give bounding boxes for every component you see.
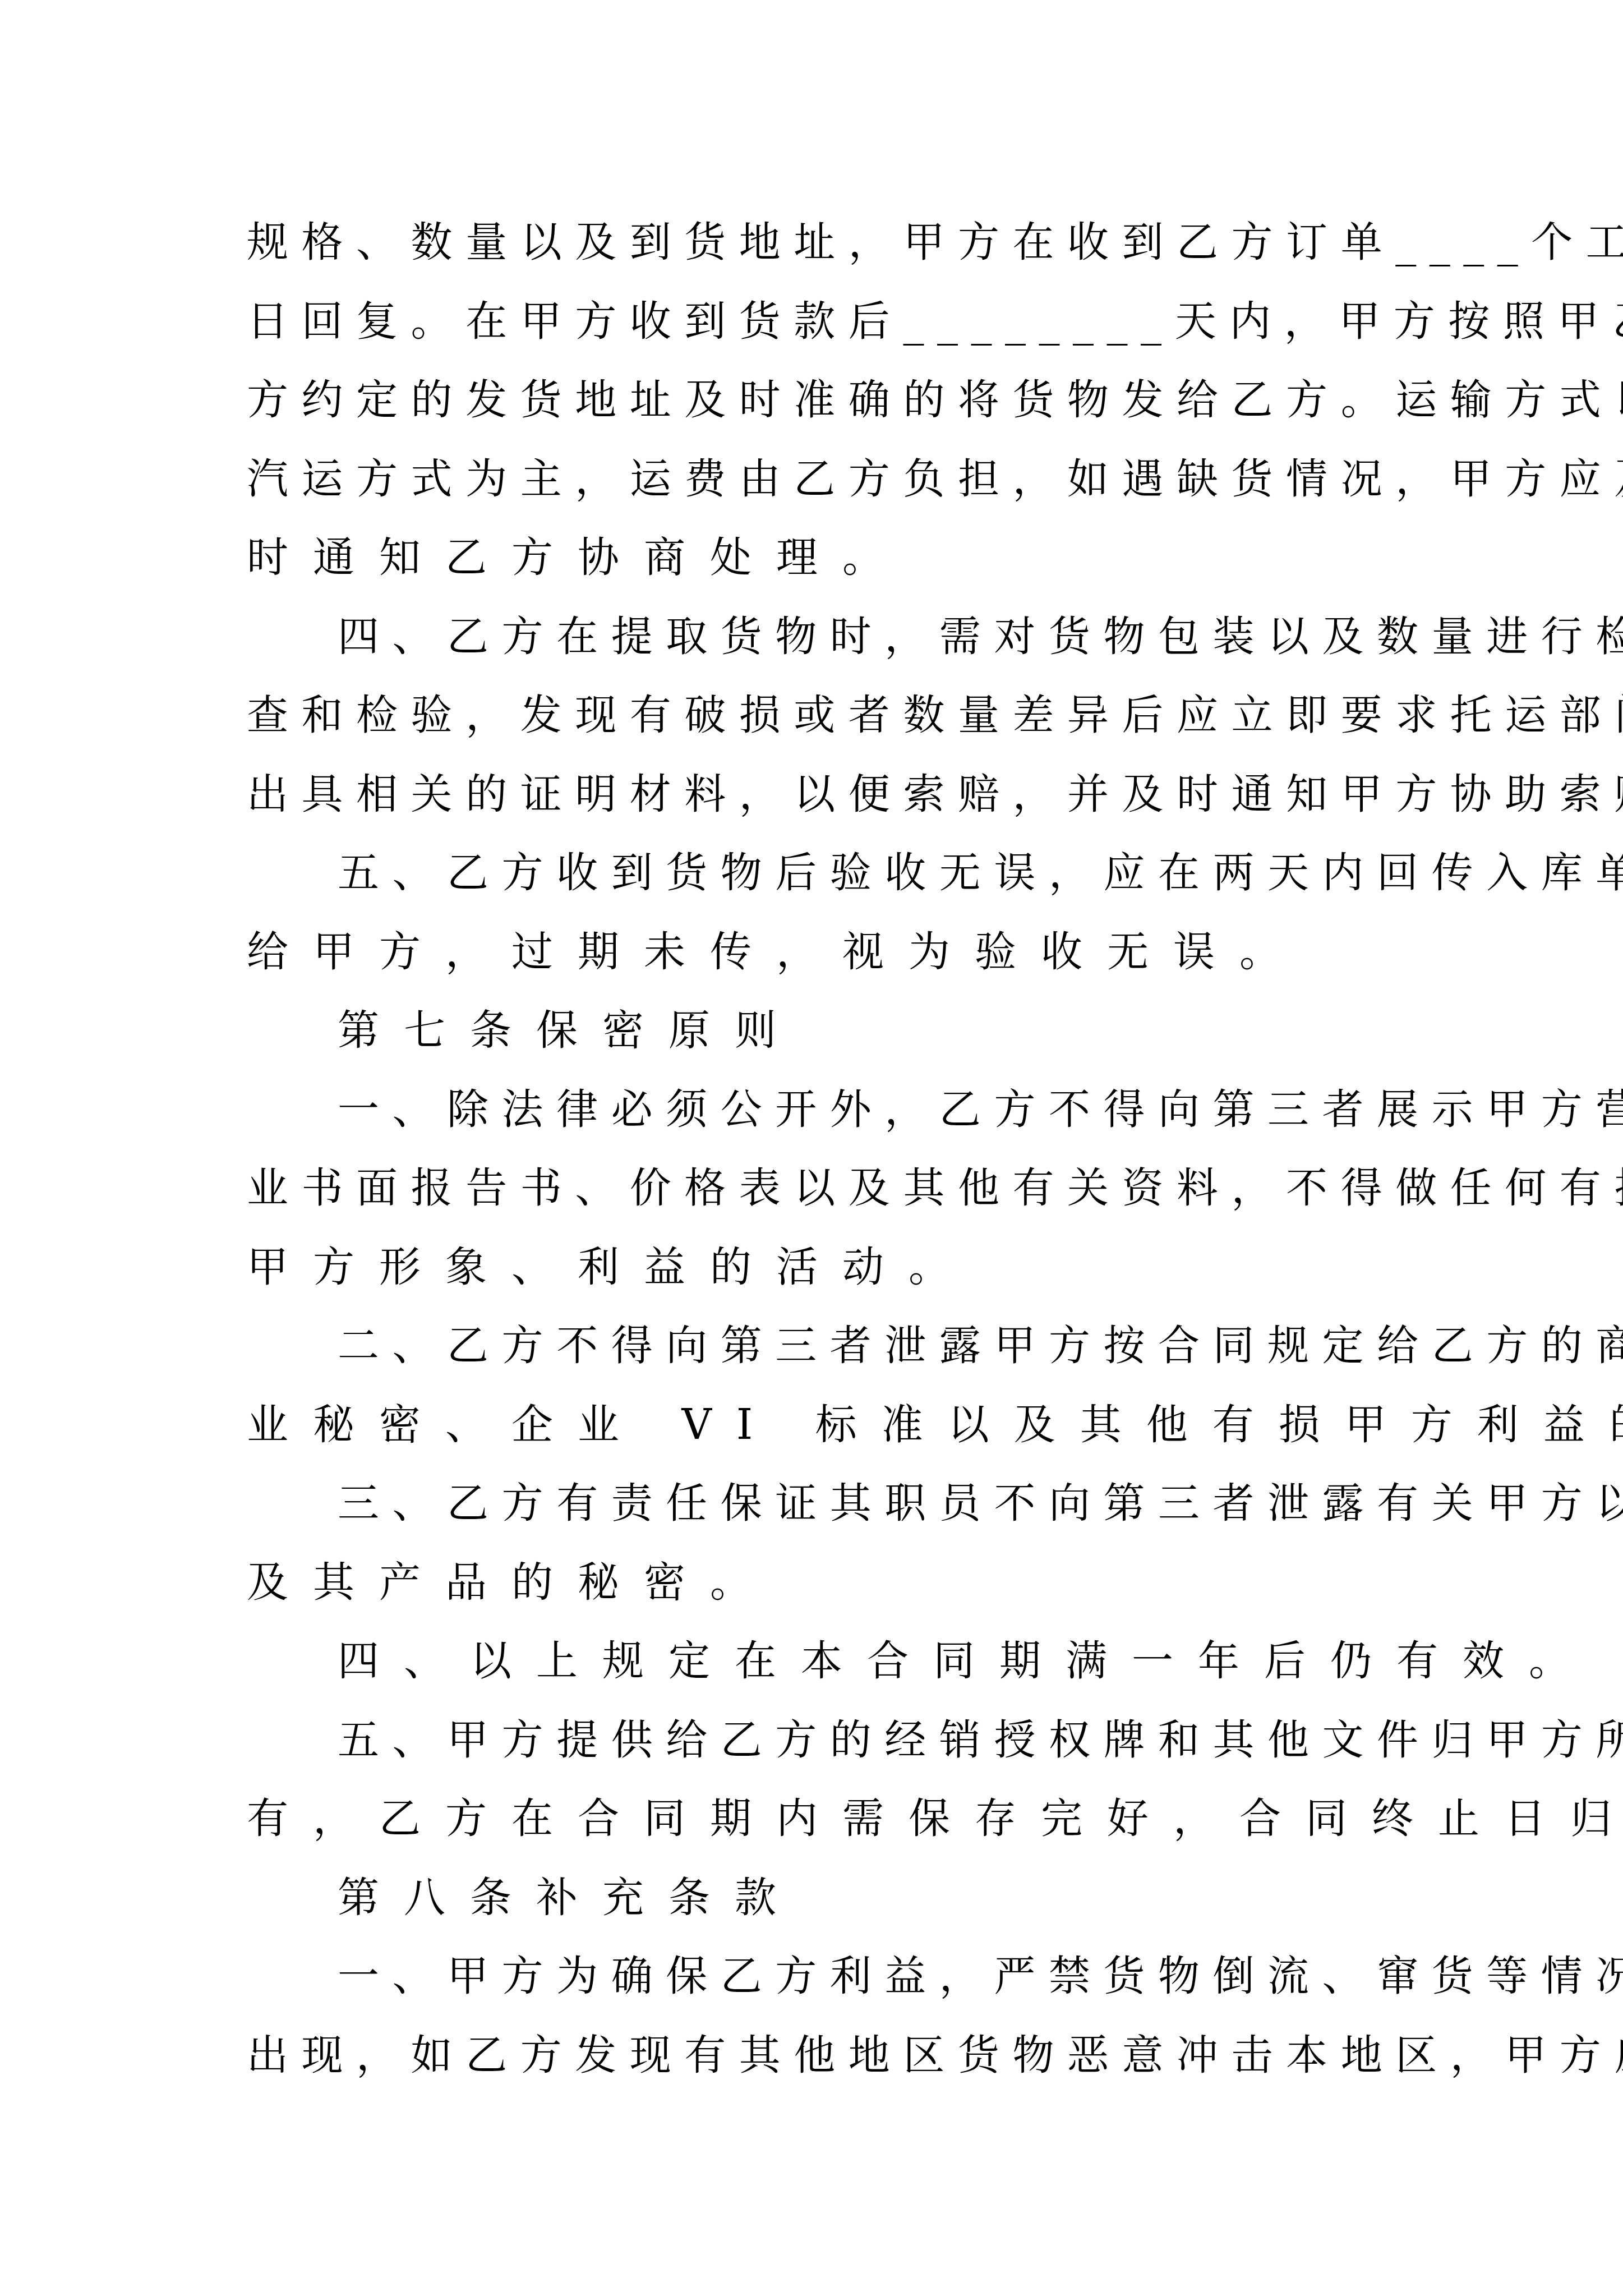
clause-4-line: 出 具 相 关 的 证 明 材 料 ， 以 便 索 赔 ， 并 及 时 通 知 … (247, 755, 1377, 834)
paragraph-line: 汽 运 方 式 为 主 ， 运 费 由 乙 方 负 担 ， 如 遇 缺 货 情 … (247, 440, 1377, 519)
paragraph-line: 日 回 复 。 在 甲 方 收 到 货 款 后 _ _ _ _ _ _ _ _ … (247, 282, 1377, 361)
article-7-clause-5-line: 五 、 甲 方 提 供 给 乙 方 的 经 销 授 权 牌 和 其 他 文 件 … (247, 1701, 1377, 1780)
article-7-clause-1-line: 甲方形象、利益的活动。 (247, 1228, 1377, 1307)
article-8-clause-1-line: 一 、 甲 方 为 确 保 乙 方 利 益 ， 严 禁 货 物 倒 流 、 窜 … (247, 1937, 1377, 2016)
article-7-clause-3-line: 三 、 乙 方 有 责 任 保 证 其 职 员 不 向 第 三 者 泄 露 有 … (247, 1464, 1377, 1543)
article-7-clause-4-line: 四、以上规定在本合同期满一年后仍有效。 (247, 1622, 1377, 1701)
clause-4-line: 四 、 乙 方 在 提 取 货 物 时 ， 需 对 货 物 包 装 以 及 数 … (247, 597, 1377, 677)
article-7-clause-5-line: 有，乙方在合同期内需保存完好，合同终止日归还甲方。 (247, 1779, 1377, 1858)
clause-5-line: 五 、 乙 方 收 到 货 物 后 验 收 无 误 ， 应 在 两 天 内 回 … (247, 834, 1377, 913)
document-page: 规 格 、 数 量 以 及 到 货 地 址 ， 甲 方 在 收 到 乙 方 订 … (247, 203, 1377, 2095)
paragraph-line: 方 约 定 的 发 货 地 址 及 时 准 确 的 将 货 物 发 给 乙 方 … (247, 361, 1377, 440)
clause-5-line: 给甲方，过期未传，视为验收无误。 (247, 913, 1377, 992)
paragraph-line: 规 格 、 数 量 以 及 到 货 地 址 ， 甲 方 在 收 到 乙 方 订 … (247, 203, 1377, 282)
article-8-heading: 第八条补充条款 (247, 1858, 1377, 1938)
clause-4-line: 查 和 检 验 ， 发 现 有 破 损 或 者 数 量 差 异 后 应 立 即 … (247, 676, 1377, 755)
paragraph-line: 时通知乙方协商处理。 (247, 518, 1377, 597)
article-7-clause-1-line: 业 书 面 报 告 书 、 价 格 表 以 及 其 他 有 关 资 料 ， 不 … (247, 1149, 1377, 1228)
article-7-clause-1-line: 一 、 除 法 律 必 须 公 开 外 ， 乙 方 不 得 向 第 三 者 展 … (247, 1070, 1377, 1149)
article-8-clause-1-line: 出 现 ， 如 乙 方 发 现 有 其 他 地 区 货 物 恶 意 冲 击 本 … (247, 2016, 1377, 2095)
article-7-heading: 第七条保密原则 (247, 991, 1377, 1070)
article-7-clause-2-line: 业秘密、企业 VI 标准以及其他有损甲方利益的资料。 (247, 1386, 1377, 1465)
article-7-clause-3-line: 及其产品的秘密。 (247, 1543, 1377, 1622)
article-7-clause-2-line: 二 、 乙 方 不 得 向 第 三 者 泄 露 甲 方 按 合 同 规 定 给 … (247, 1306, 1377, 1386)
